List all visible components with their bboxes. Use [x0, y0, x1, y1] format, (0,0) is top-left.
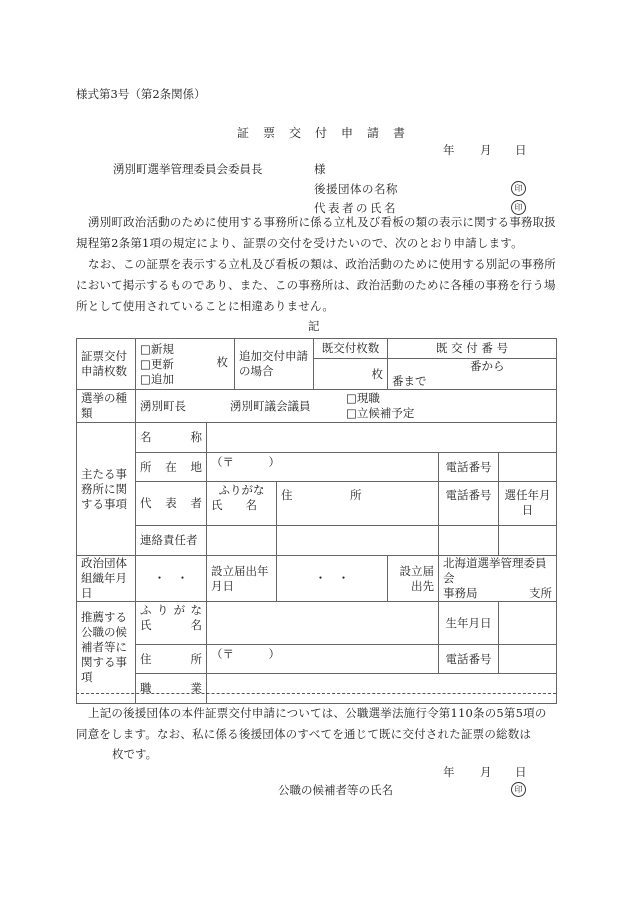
- org-date-label: 政治団体組織年月日: [77, 556, 136, 602]
- cut-line-divider: [76, 693, 556, 694]
- seal-icon: 印: [511, 180, 526, 196]
- office-phone-label: 電話番号: [439, 453, 499, 482]
- contact-person-label: 連絡責任者: [136, 526, 207, 556]
- rep-name-header: ふりがな 氏 名: [207, 482, 277, 526]
- date-day-label: 日: [515, 142, 527, 158]
- candidate-section-label: 推薦する公職の候補者等に関する事項: [77, 602, 136, 704]
- application-text: 湧別町政治活動のために使用する事務所に係る立札及び看板の類の表示に関する事務取扱…: [76, 212, 558, 317]
- option-council[interactable]: 湧別町議会議員: [230, 399, 346, 414]
- application-table: 証票交付申請枚数 □新規 □更新 □追加 枚 追加交付申請の場合 既交付枚数 既…: [76, 338, 557, 704]
- contact-appointed-input[interactable]: [499, 526, 557, 556]
- consent-count-suffix: 枚です。: [112, 746, 157, 762]
- candidate-birth-input[interactable]: [499, 602, 557, 645]
- candidate-signature-label: 公職の候補者等の氏名: [278, 782, 393, 798]
- form-number: 様式第3号（第2条関係）: [76, 86, 206, 102]
- candidate-phone-input[interactable]: [499, 645, 557, 674]
- issued-count-input[interactable]: 枚: [314, 359, 388, 390]
- ki-heading: 記: [308, 318, 320, 334]
- consent-date-day: 日: [515, 764, 527, 780]
- option-mayor[interactable]: 湧別町長: [140, 399, 230, 414]
- filing-dest-cell: 北海道選挙管理委員会 事務局支所: [439, 556, 557, 602]
- candidate-phone-label: 電話番号: [439, 645, 499, 674]
- date-month-label: 月: [480, 142, 492, 158]
- candidate-birth-label: 生年月日: [439, 602, 499, 645]
- contact-name-input[interactable]: [207, 526, 277, 556]
- representative-label: 代 表 者: [136, 482, 207, 526]
- support-group-name-label: 後援団体の名称: [314, 181, 398, 197]
- issued-number-range[interactable]: 番から番まで: [388, 359, 557, 390]
- paragraph-2: なお、この証票を表示する立札及び看板の類は、政治活動のために使用する別記の事務所…: [76, 254, 558, 317]
- office-section-label: 主たる事務所に関する事項: [77, 423, 136, 556]
- issued-count-label: 既交付枚数: [314, 339, 388, 359]
- candidate-name-input[interactable]: [207, 602, 439, 645]
- candidate-occupation-input[interactable]: [207, 674, 557, 704]
- seal-icon: 印: [511, 781, 526, 797]
- consent-text: 上記の後援団体の本件証票交付申請については、公職選挙法施行令第110条の5第5項…: [76, 703, 558, 745]
- cert-type-cell: □新規 □更新 □追加 枚: [136, 339, 235, 390]
- checkbox-candidate[interactable]: □立候補予定: [346, 406, 414, 421]
- filing-date-input[interactable]: ・ ・: [277, 556, 388, 602]
- office-address-label: 所 在 地: [136, 453, 207, 482]
- org-date-input[interactable]: ・ ・: [136, 556, 207, 602]
- count-unit: 枚: [217, 355, 229, 370]
- rep-address-header: 住 所: [277, 482, 439, 526]
- addressee: 湧別町選挙管理委員会委員長: [113, 161, 263, 177]
- filing-dest-label: 設立届出先: [388, 556, 439, 602]
- candidate-address-label: 住 所: [136, 645, 207, 674]
- issued-number-label: 既 交 付 番 号: [388, 339, 557, 359]
- office-name-label: 名 称: [136, 423, 207, 453]
- office-address-input[interactable]: （〒 ）: [207, 453, 439, 482]
- rep-phone-header: 電話番号: [439, 482, 499, 526]
- page-title: 証 票 交 付 申 請 書: [237, 124, 406, 141]
- election-type-label: 選挙の種類: [77, 390, 136, 423]
- consent-date-year: 年: [443, 764, 455, 780]
- appointed-date-header: 選任年月日: [499, 482, 557, 526]
- office-phone-input[interactable]: [499, 453, 557, 482]
- checkbox-incumbent[interactable]: □現職: [346, 391, 414, 406]
- consent-paragraph: 上記の後援団体の本件証票交付申請については、公職選挙法施行令第110条の5第5項…: [76, 703, 558, 745]
- candidate-address-input[interactable]: （〒 ）: [207, 645, 439, 674]
- consent-date-month: 月: [480, 764, 492, 780]
- date-year-label: 年: [443, 142, 455, 158]
- checkbox-add[interactable]: □追加: [140, 372, 230, 387]
- cert-count-label: 証票交付申請枚数: [77, 339, 136, 390]
- candidate-name-label: ふりがな 氏 名: [136, 602, 207, 645]
- contact-address-input[interactable]: [277, 526, 439, 556]
- paragraph-1: 湧別町政治活動のために使用する事務所に係る立札及び看板の類の表示に関する事務取扱…: [76, 212, 558, 254]
- contact-phone-input[interactable]: [439, 526, 499, 556]
- honorific: 様: [314, 161, 326, 177]
- office-name-input[interactable]: [207, 423, 557, 453]
- additional-request-label: 追加交付申請の場合: [235, 339, 314, 390]
- filing-date-label: 設立届出年月日: [207, 556, 277, 602]
- candidate-occupation-label: 職 業: [136, 674, 207, 704]
- election-type-cell: 湧別町長湧別町議会議員 □現職 □立候補予定: [136, 390, 557, 423]
